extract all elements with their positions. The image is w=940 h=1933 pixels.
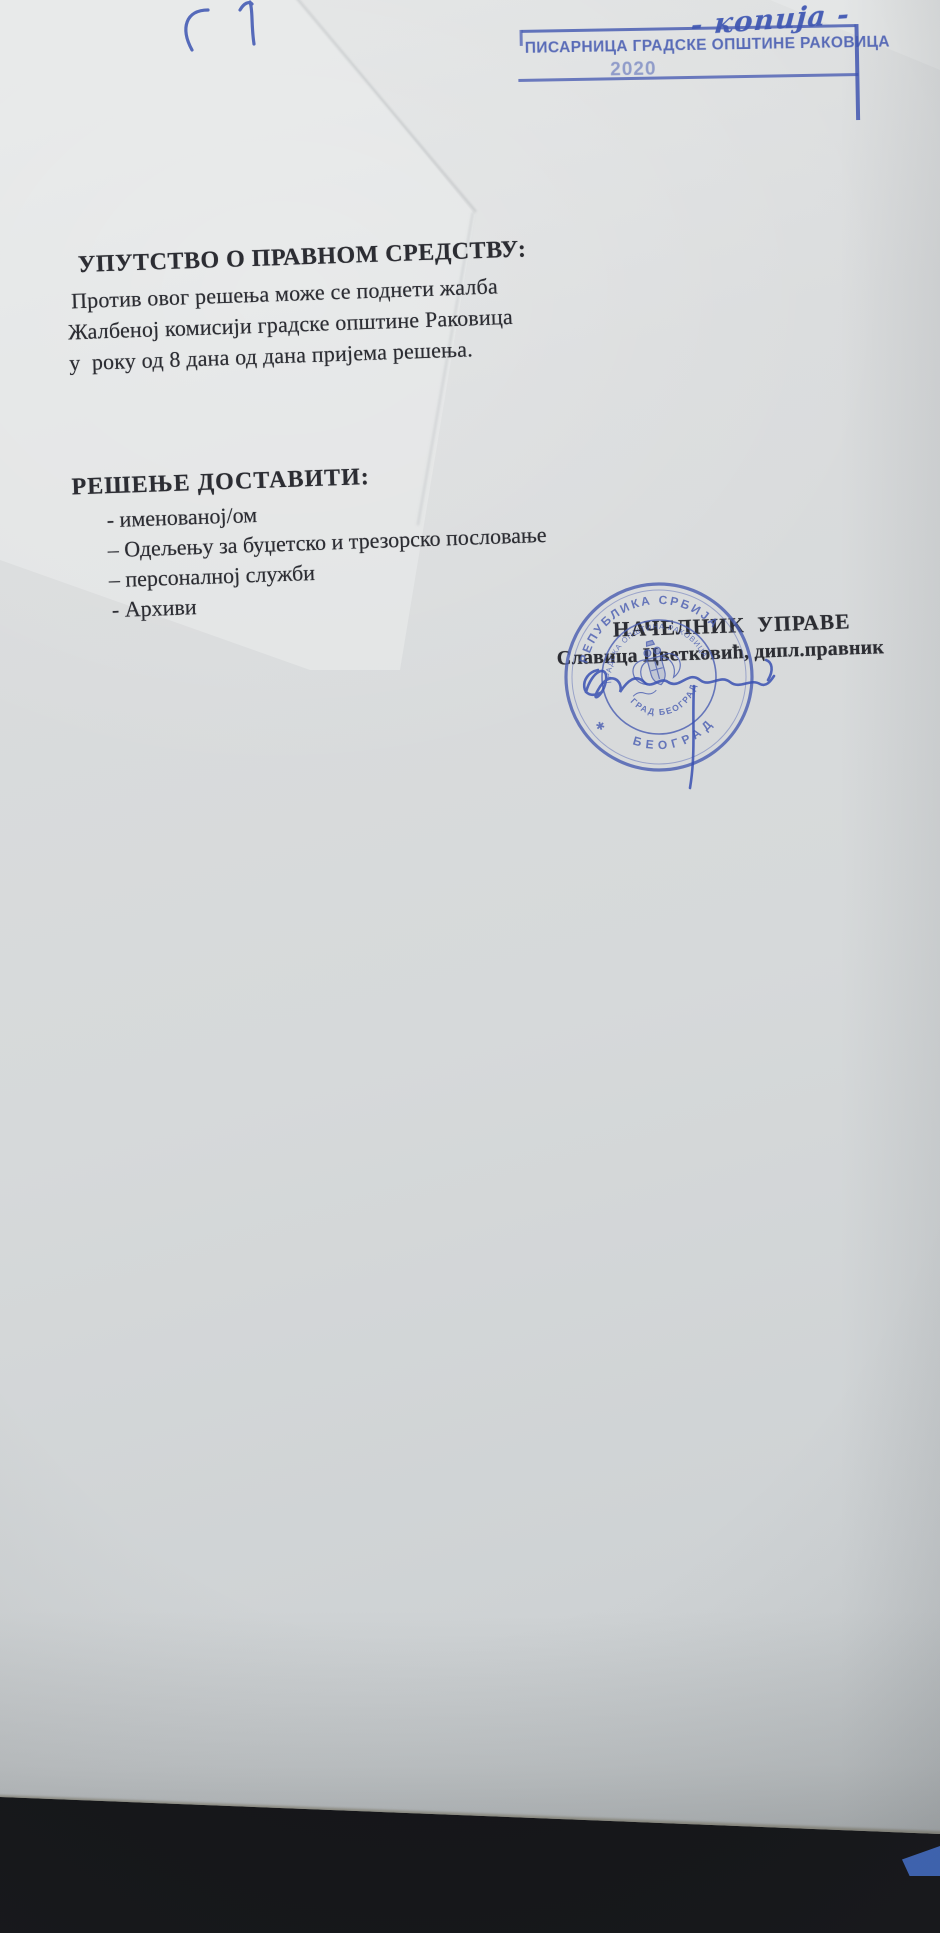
delivery-item: – персоналној служби [108, 560, 315, 593]
signature-descender-stroke [690, 686, 694, 788]
document-body: УПУТСТВО О ПРАВНОМ СРЕДСТВУ: Против овог… [0, 0, 940, 952]
delivery-item: - Архиви [111, 594, 197, 623]
delivery-heading: РЕШЕЊЕ ДОСТАВИТИ: [71, 464, 370, 501]
signature-stroke [586, 671, 774, 697]
signature [572, 640, 784, 808]
document-photo: - копија - ПИСАРНИЦА ГРАДСКЕ ОПШТИНЕ РАК… [0, 0, 940, 1933]
legal-remedy-heading: УПУТСТВО О ПРАВНОМ СРЕДСТВУ: [77, 236, 526, 279]
delivery-item: - именованој/ом [106, 502, 257, 533]
signature-stroke [766, 660, 772, 680]
blue-object-edge [902, 1846, 940, 1876]
